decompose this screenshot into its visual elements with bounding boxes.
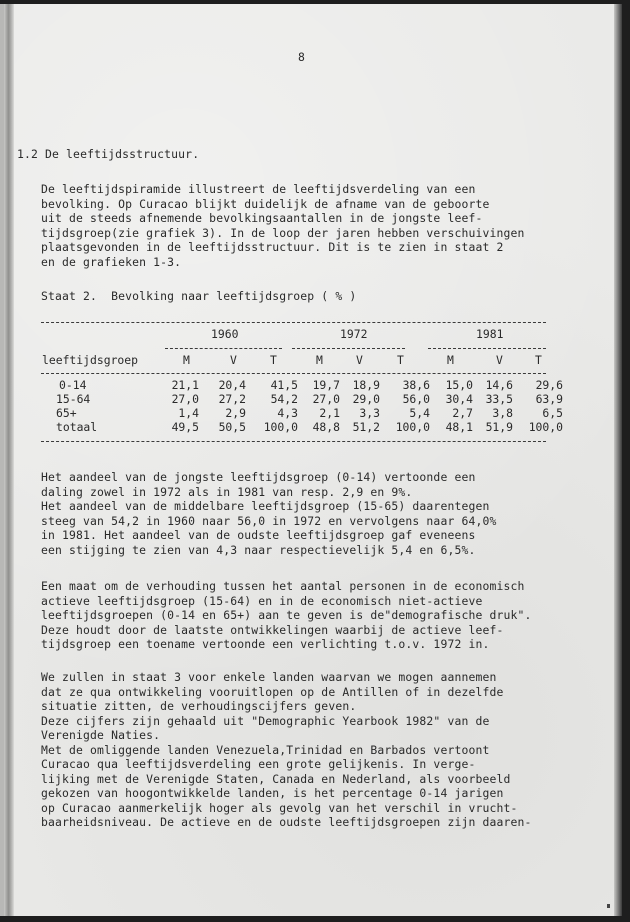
- table-row: 65+1,42,94,32,13,35,42,73,86,5: [41, 406, 563, 420]
- row-header-label: leeftijdsgroep: [42, 353, 138, 367]
- year-1960-rule: [165, 348, 282, 349]
- value-cell: 27,0: [149, 392, 199, 406]
- scan-speck: [607, 904, 610, 908]
- value-cell: 19,7: [298, 378, 340, 392]
- value-cell: 100,0: [380, 420, 430, 434]
- value-cell: 2,1: [298, 406, 340, 420]
- col-1981-t: T: [535, 353, 542, 367]
- page-spine-shadow: [4, 4, 14, 916]
- year-1981-rule: [428, 348, 546, 349]
- year-header-1981: 1981: [476, 327, 503, 341]
- col-1981-v: V: [496, 353, 503, 367]
- value-cell: 29,6: [513, 378, 563, 392]
- value-cell: 54,2: [246, 392, 298, 406]
- document-page: 8 1.2 De leeftijdsstructuur. De leeftijd…: [0, 4, 622, 916]
- value-cell: 14,6: [473, 378, 513, 392]
- value-cell: 33,5: [473, 392, 513, 406]
- paragraph-intro: De leeftijdspiramide illustreert de leef…: [41, 182, 525, 269]
- section-heading: 1.2 De leeftijdsstructuur.: [17, 147, 199, 162]
- value-cell: 50,5: [199, 420, 246, 434]
- value-cell: 38,6: [380, 378, 430, 392]
- value-cell: 48,1: [430, 420, 473, 434]
- col-1981-m: M: [447, 353, 454, 367]
- value-cell: 48,8: [298, 420, 340, 434]
- paragraph-comparison: We zullen in staat 3 voor enkele landen …: [41, 670, 532, 830]
- value-cell: 100,0: [246, 420, 298, 434]
- paragraph-demographic-pressure: Een maat om de verhouding tussen het aan…: [41, 579, 532, 652]
- value-cell: 27,0: [298, 392, 340, 406]
- value-cell: 6,5: [513, 406, 563, 420]
- value-cell: 4,3: [246, 406, 298, 420]
- age-group-cell: 65+: [41, 406, 149, 420]
- value-cell: 21,1: [149, 378, 199, 392]
- page-number: 8: [298, 50, 305, 65]
- value-cell: 49,5: [149, 420, 199, 434]
- value-cell: 63,9: [513, 392, 563, 406]
- col-1960-m: M: [183, 353, 190, 367]
- value-cell: 30,4: [430, 392, 473, 406]
- table-row: totaal49,550,5100,048,851,2100,048,151,9…: [41, 420, 563, 434]
- year-header-1960: 1960: [211, 327, 238, 341]
- value-cell: 3,3: [340, 406, 380, 420]
- value-cell: 100,0: [513, 420, 563, 434]
- value-cell: 3,8: [473, 406, 513, 420]
- age-group-cell: 15-64: [41, 392, 149, 406]
- col-1960-t: T: [270, 353, 277, 367]
- value-cell: 18,9: [340, 378, 380, 392]
- value-cell: 41,5: [246, 378, 298, 392]
- page-right-edge: [614, 4, 622, 916]
- table-header-rule: [41, 373, 546, 374]
- age-group-cell: 0-14: [41, 378, 149, 392]
- age-group-cell: totaal: [41, 420, 149, 434]
- value-cell: 56,0: [380, 392, 430, 406]
- table-caption: Staat 2. Bevolking naar leeftijdsgroep (…: [41, 289, 356, 304]
- population-table: 0-1421,120,441,519,718,938,615,014,629,6…: [41, 378, 563, 434]
- col-1960-v: V: [230, 353, 237, 367]
- value-cell: 27,2: [199, 392, 246, 406]
- value-cell: 51,2: [340, 420, 380, 434]
- value-cell: 15,0: [430, 378, 473, 392]
- col-1972-v: V: [356, 353, 363, 367]
- table-top-rule: [41, 322, 546, 323]
- col-1972-t: T: [397, 353, 404, 367]
- year-header-1972: 1972: [340, 327, 367, 341]
- value-cell: 1,4: [149, 406, 199, 420]
- table-row: 15-6427,027,254,227,029,056,030,433,563,…: [41, 392, 563, 406]
- value-cell: 20,4: [199, 378, 246, 392]
- value-cell: 2,9: [199, 406, 246, 420]
- paragraph-youngest-group: Het aandeel van de jongste leeftijdsgroe…: [41, 470, 497, 557]
- col-1972-m: M: [316, 353, 323, 367]
- table-bottom-rule: [41, 441, 546, 442]
- value-cell: 5,4: [380, 406, 430, 420]
- year-1972-rule: [292, 348, 405, 349]
- value-cell: 2,7: [430, 406, 473, 420]
- table-row: 0-1421,120,441,519,718,938,615,014,629,6: [41, 378, 563, 392]
- value-cell: 29,0: [340, 392, 380, 406]
- scan-top-edge: [10, 0, 630, 2]
- value-cell: 51,9: [473, 420, 513, 434]
